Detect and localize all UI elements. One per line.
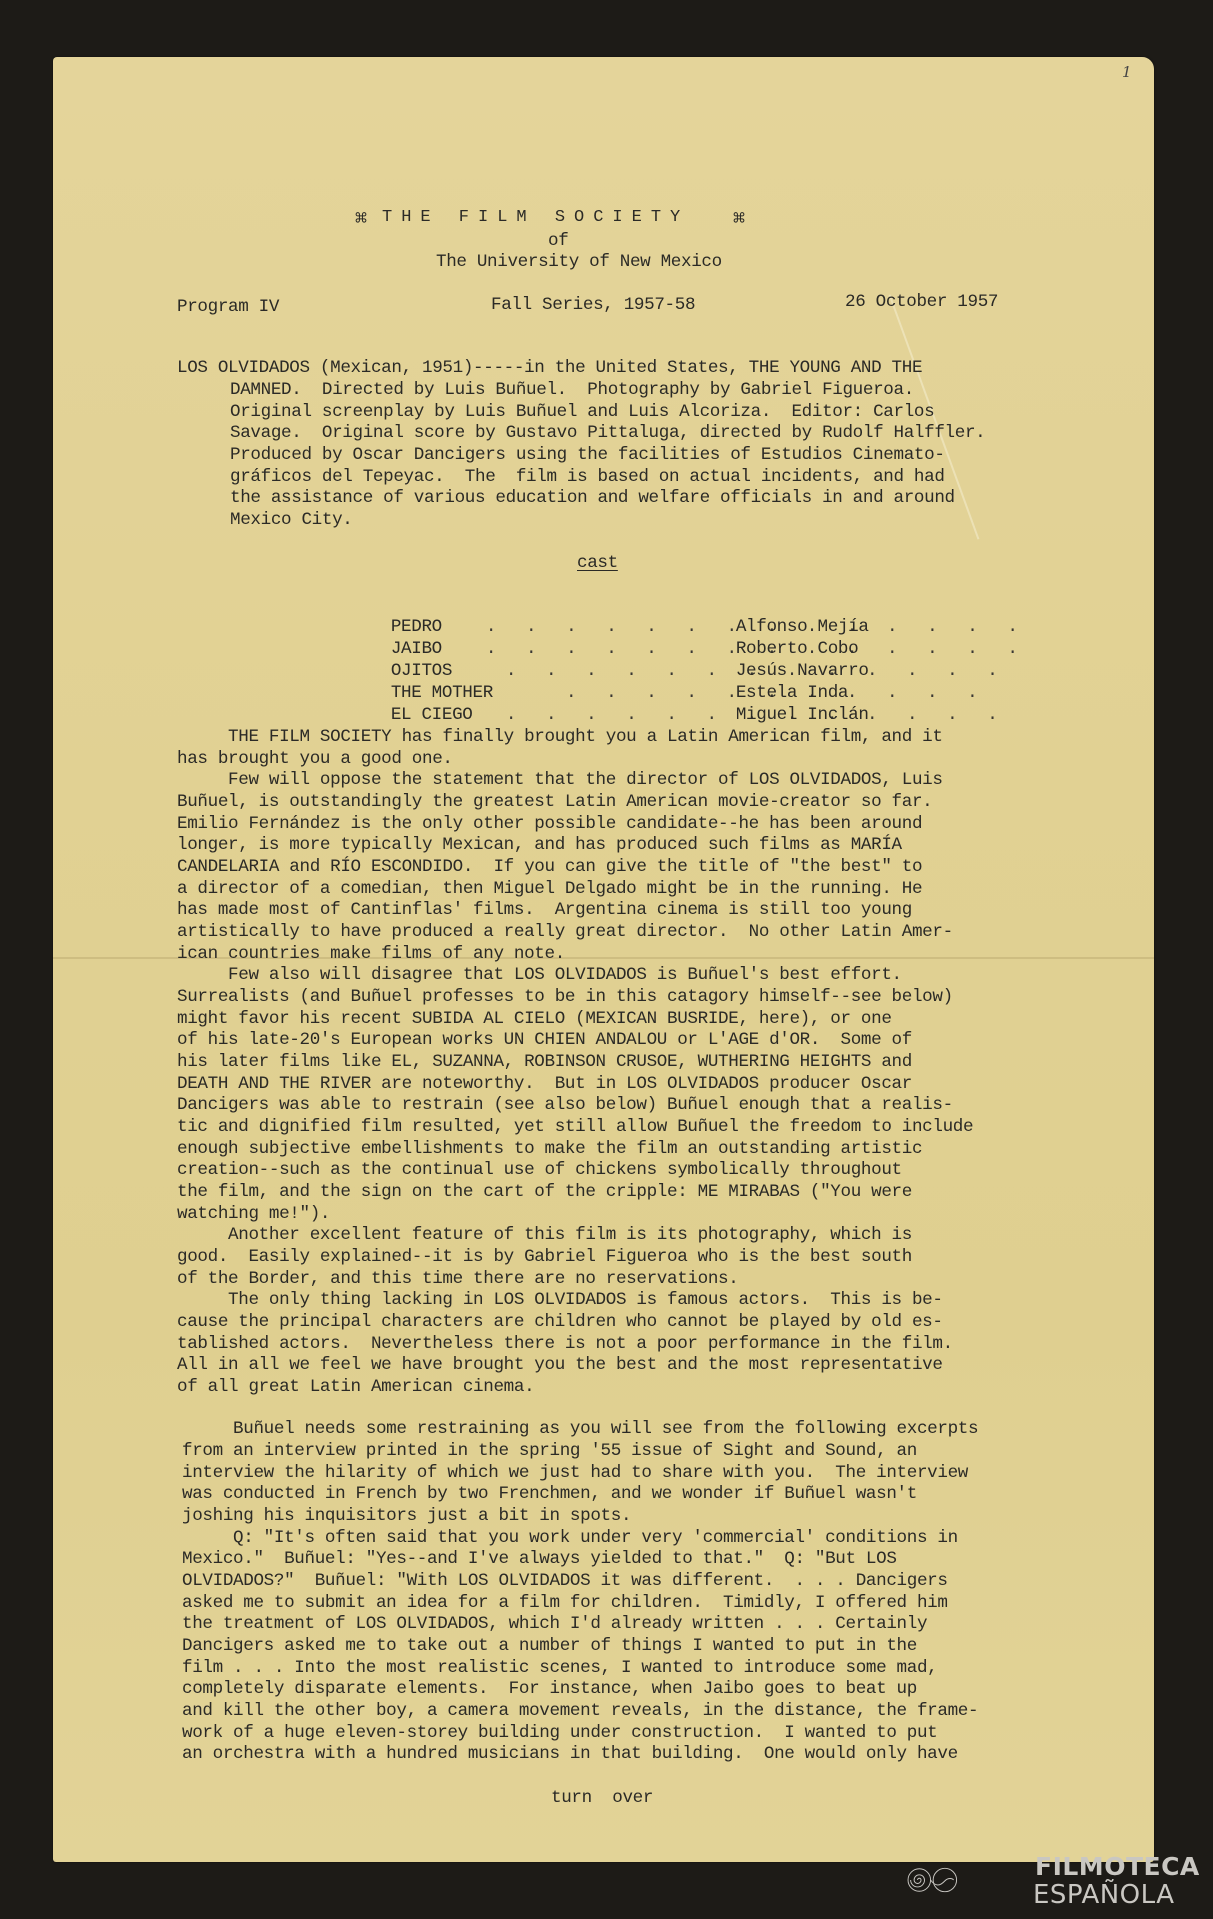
interview-line: was conducted in French by two Frenchmen…	[182, 1484, 917, 1506]
interview-line: and kill the other boy, a camera movemen…	[182, 1701, 978, 1723]
body-line: THE FILM SOCIETY has finally brought you…	[177, 727, 943, 749]
body-line: longer, is more typically Mexican, and h…	[177, 835, 902, 857]
page-number: 1	[1122, 63, 1132, 81]
body-line: artistically to have produced a really g…	[177, 922, 953, 944]
body-line: tic and dignified film resulted, yet sti…	[177, 1117, 973, 1139]
credits-line: Original screenplay by Luis Buñuel and L…	[230, 402, 934, 424]
credits-line: Savage. Original score by Gustavo Pittal…	[230, 423, 985, 445]
body-line: watching me!").	[177, 1204, 330, 1226]
body-line: Buñuel, is outstandingly the greatest La…	[177, 792, 932, 814]
body-line: CANDELARIA and RÍO ESCONDIDO. If you can…	[177, 857, 922, 879]
interview-line: an orchestra with a hundred musicians in…	[182, 1744, 958, 1766]
interview-line: OLVIDADOS?" Buñuel: "With LOS OLVIDADOS …	[182, 1571, 948, 1593]
program-date: 26 October 1957	[845, 292, 998, 314]
interview-line: work of a huge eleven-storey building un…	[182, 1723, 937, 1745]
interview-line: completely disparate elements. For insta…	[182, 1679, 917, 1701]
body-line: Emilio Fernández is the only other possi…	[177, 814, 922, 836]
interview-line: Buñuel needs some restraining as you wil…	[182, 1419, 978, 1441]
body-line: tablished actors. Nevertheless there is …	[177, 1334, 953, 1356]
body-line: his later films like EL, SUZANNA, ROBINS…	[177, 1052, 912, 1074]
cast-heading: cast	[577, 553, 618, 575]
body-line: has brought you a good one.	[177, 749, 453, 771]
body-line: enough subjective embellishments to make…	[177, 1139, 922, 1161]
body-line: Few also will disagree that LOS OLVIDADO…	[177, 965, 902, 987]
interview-line: asked me to submit an idea for a film fo…	[182, 1593, 948, 1615]
interview-line: interview the hilarity of which we just …	[182, 1463, 968, 1485]
credits-line: Mexico City.	[230, 510, 353, 532]
cast-role: EL CIEGO	[391, 705, 486, 725]
body-line: ican countries make films of any note.	[177, 944, 565, 966]
credits-line: LOS OLVIDADOS (Mexican, 1951)-----in the…	[177, 358, 922, 380]
credits-line: DAMNED. Directed by Luis Buñuel. Photogr…	[230, 380, 914, 402]
body-line: Dancigers was able to restrain (see also…	[177, 1095, 953, 1117]
cast-leader-dots: . . . . . . . . . . . . .	[486, 705, 736, 725]
body-line: has made most of Cantinflas' films. Arge…	[177, 900, 912, 922]
body-line: might favor his recent SUBIDA AL CIELO (…	[177, 1009, 892, 1031]
title-ornament-right-icon: ⌘	[733, 206, 745, 232]
body-line: creation--such as the continual use of c…	[177, 1160, 902, 1182]
interview-line: Mexico." Buñuel: "Yes--and I've always y…	[182, 1549, 897, 1571]
credits-line: the assistance of various education and …	[230, 488, 955, 510]
watermark-line1: FILMOTECA	[1035, 1852, 1200, 1881]
interview-line: from an interview printed in the spring …	[182, 1441, 917, 1463]
institution-name: The University of New Mexico	[436, 252, 722, 274]
body-line: a director of a comedian, then Miguel De…	[177, 879, 922, 901]
body-line: cause the principal characters are child…	[177, 1312, 943, 1334]
body-line: of all great Latin American cinema.	[177, 1377, 534, 1399]
body-line: All in all we feel we have brought you t…	[177, 1355, 943, 1377]
program-number: Program IV	[177, 297, 279, 319]
filmoteca-spiral-logo-icon	[905, 1850, 1035, 1910]
interview-line: Dancigers asked me to take out a number …	[182, 1636, 917, 1658]
interview-line: Q: "It's often said that you work under …	[182, 1528, 958, 1550]
body-line: the film, and the sign on the cart of th…	[177, 1182, 912, 1204]
interview-line: the treatment of LOS OLVIDADOS, which I'…	[182, 1614, 927, 1636]
turn-over-note: turn over	[551, 1788, 653, 1810]
title-ornament-left-icon: ⌘	[355, 206, 367, 232]
body-line: The only thing lacking in LOS OLVIDADOS …	[177, 1290, 943, 1312]
interview-line: joshing his inquisitors just a bit in sp…	[182, 1506, 631, 1528]
body-line: good. Easily explained--it is by Gabriel…	[177, 1247, 912, 1269]
cast-actor: Miguel Inclán	[736, 705, 869, 725]
credits-line: Produced by Oscar Dancigers using the fa…	[230, 445, 945, 467]
series-name: Fall Series, 1957-58	[491, 295, 695, 317]
body-line: Another excellent feature of this film i…	[177, 1225, 912, 1247]
body-line: of his late-20's European works UN CHIEN…	[177, 1030, 912, 1052]
body-line: DEATH AND THE RIVER are noteworthy. But …	[177, 1074, 912, 1096]
watermark-line2: ESPAÑOLA	[1033, 1880, 1175, 1910]
interview-line: film . . . Into the most realistic scene…	[182, 1658, 937, 1680]
body-line: Few will oppose the statement that the d…	[177, 770, 943, 792]
society-title: THE FILM SOCIETY	[382, 208, 689, 227]
header-of: of	[548, 231, 568, 253]
body-line: of the Border, and this time there are n…	[177, 1269, 738, 1291]
body-line: Surrealists (and Buñuel professes to be …	[177, 987, 953, 1009]
credits-line: gráficos del Tepeyac. The film is based …	[230, 467, 945, 489]
